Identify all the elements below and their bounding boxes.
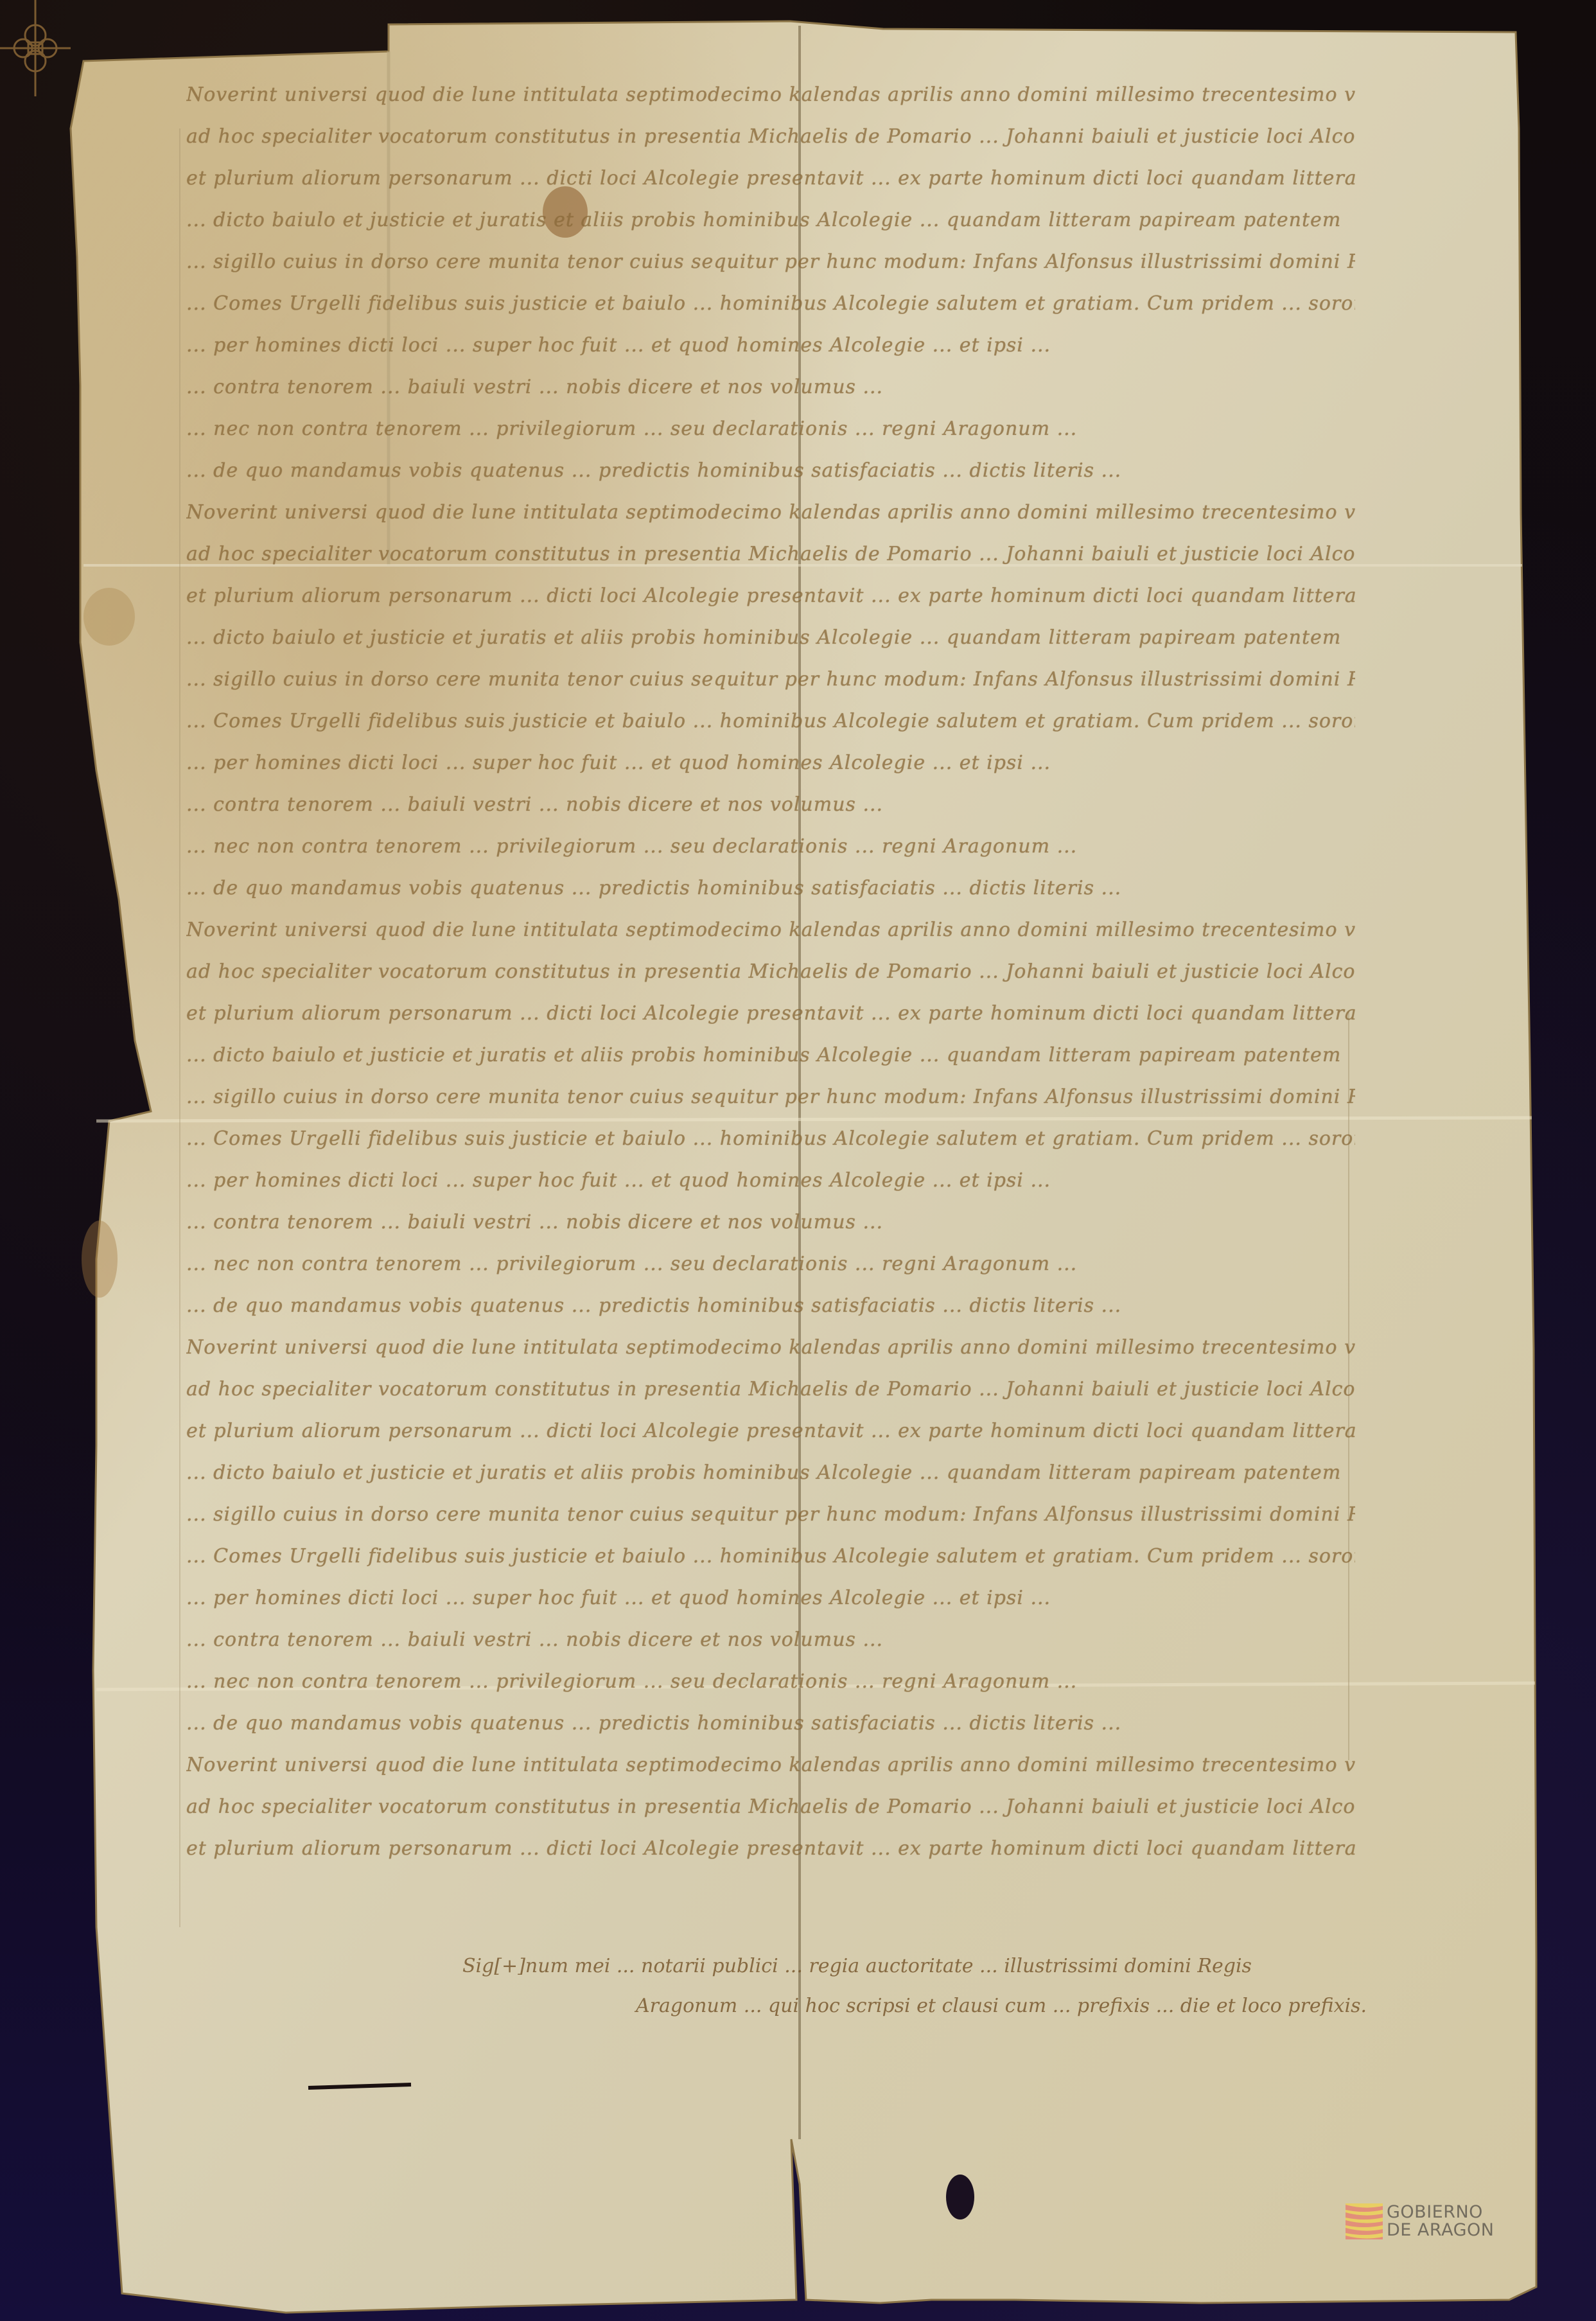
text-line: et plurium aliorum personarum ... dicti … <box>186 1410 1355 1452</box>
text-line: ad hoc specialiter vocatorum constitutus… <box>186 951 1355 993</box>
text-line: ... Comes Urgelli fidelibus suis justici… <box>186 283 1355 324</box>
text-line: ... dicto baiulo et justicie et juratis … <box>186 617 1355 658</box>
text-line: ... per homines dicti loci ... super hoc… <box>186 1577 1355 1619</box>
text-line: et plurium aliorum personarum ... dicti … <box>186 575 1355 617</box>
watermark-line-2: DE ARAGON <box>1387 2221 1494 2239</box>
text-line: ... per homines dicti loci ... super hoc… <box>186 1160 1355 1201</box>
text-line: ... contra tenorem ... baiuli vestri ...… <box>186 1201 1355 1243</box>
aragon-flag-icon <box>1346 2203 1383 2239</box>
text-line: Noverint universi quod die lune intitula… <box>186 1327 1355 1368</box>
text-line: ... de quo mandamus vobis quatenus ... p… <box>186 1702 1355 1744</box>
text-line: ... sigillo cuius in dorso cere munita t… <box>186 658 1355 700</box>
text-line: et plurium aliorum personarum ... dicti … <box>186 1828 1355 1869</box>
text-line: ad hoc specialiter vocatorum constitutus… <box>186 1368 1355 1410</box>
text-line: ... sigillo cuius in dorso cere munita t… <box>186 1076 1355 1118</box>
text-line: ... dicto baiulo et justicie et juratis … <box>186 1034 1355 1076</box>
text-line: Noverint universi quod die lune intitula… <box>186 491 1355 533</box>
text-line: ... Comes Urgelli fidelibus suis justici… <box>186 1118 1355 1160</box>
signum-line-1: Sig[+]num mei ... notarii publici ... re… <box>462 1946 1367 1986</box>
text-line: Noverint universi quod die lune intitula… <box>186 74 1355 116</box>
text-line: ... de quo mandamus vobis quatenus ... p… <box>186 867 1355 909</box>
notary-subscription: Sig[+]num mei ... notarii publici ... re… <box>462 1946 1367 2026</box>
watermark-text: GOBIERNO DE ARAGON <box>1387 2203 1494 2239</box>
text-line: ... Comes Urgelli fidelibus suis justici… <box>186 1535 1355 1577</box>
text-line: Noverint universi quod die lune intitula… <box>186 1744 1355 1786</box>
text-line: ... contra tenorem ... baiuli vestri ...… <box>186 366 1355 408</box>
text-line: ... nec non contra tenorem ... privilegi… <box>186 408 1355 450</box>
text-line: ... nec non contra tenorem ... privilegi… <box>186 1243 1355 1285</box>
text-line: ad hoc specialiter vocatorum constitutus… <box>186 1786 1355 1828</box>
text-line: ... nec non contra tenorem ... privilegi… <box>186 1661 1355 1702</box>
text-line: ... sigillo cuius in dorso cere munita t… <box>186 241 1355 283</box>
signum-line-2: Aragonum ... qui hoc scripsi et clausi c… <box>462 1986 1367 2026</box>
text-line: ... contra tenorem ... baiuli vestri ...… <box>186 1619 1355 1661</box>
text-line: ... de quo mandamus vobis quatenus ... p… <box>186 450 1355 491</box>
text-line: ... contra tenorem ... baiuli vestri ...… <box>186 784 1355 825</box>
text-line: ... Comes Urgelli fidelibus suis justici… <box>186 700 1355 742</box>
watermark-line-1: GOBIERNO <box>1387 2203 1494 2221</box>
text-line: ad hoc specialiter vocatorum constitutus… <box>186 116 1355 157</box>
text-line: Noverint universi quod die lune intitula… <box>186 909 1355 951</box>
text-line: ... nec non contra tenorem ... privilegi… <box>186 825 1355 867</box>
charter-body-text: Noverint universi quod die lune intitula… <box>186 74 1355 1869</box>
notary-signum-icon <box>0 0 71 96</box>
text-line: ... per homines dicti loci ... super hoc… <box>186 324 1355 366</box>
text-line: et plurium aliorum personarum ... dicti … <box>186 993 1355 1034</box>
parchment-document: Noverint universi quod die lune intitula… <box>0 0 1596 2321</box>
text-line: ... per homines dicti loci ... super hoc… <box>186 742 1355 784</box>
text-line: ... dicto baiulo et justicie et juratis … <box>186 199 1355 241</box>
text-line: ... de quo mandamus vobis quatenus ... p… <box>186 1285 1355 1327</box>
text-line: ... dicto baiulo et justicie et juratis … <box>186 1452 1355 1494</box>
gobierno-de-aragon-watermark: GOBIERNO DE ARAGON <box>1346 2203 1494 2239</box>
text-line: et plurium aliorum personarum ... dicti … <box>186 157 1355 199</box>
text-line: ... sigillo cuius in dorso cere munita t… <box>186 1494 1355 1535</box>
text-line: ad hoc specialiter vocatorum constitutus… <box>186 533 1355 575</box>
